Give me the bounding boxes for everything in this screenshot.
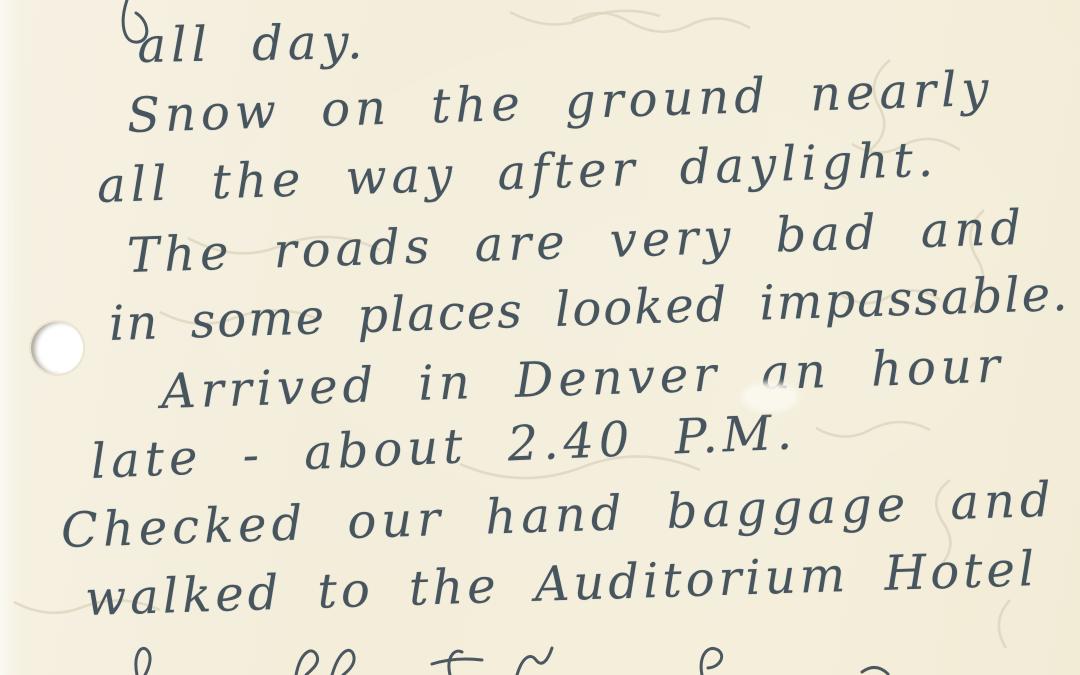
paper-left-edge (0, 0, 22, 675)
erasure-spot (742, 382, 798, 412)
handwriting-line-1: all day. (137, 14, 368, 74)
hole-punch (31, 322, 83, 374)
handwriting-line-2: Snow on the ground nearly (126, 61, 994, 144)
handwriting-line-3: all the way after daylight. (96, 132, 939, 214)
handwriting-line-6: Arrived in Denver an hour (160, 338, 1005, 420)
diary-page-scan: all day. Snow on the ground nearly all t… (0, 0, 1080, 675)
handwriting-line-9: walked to the Auditorium Hotel (84, 541, 1039, 627)
